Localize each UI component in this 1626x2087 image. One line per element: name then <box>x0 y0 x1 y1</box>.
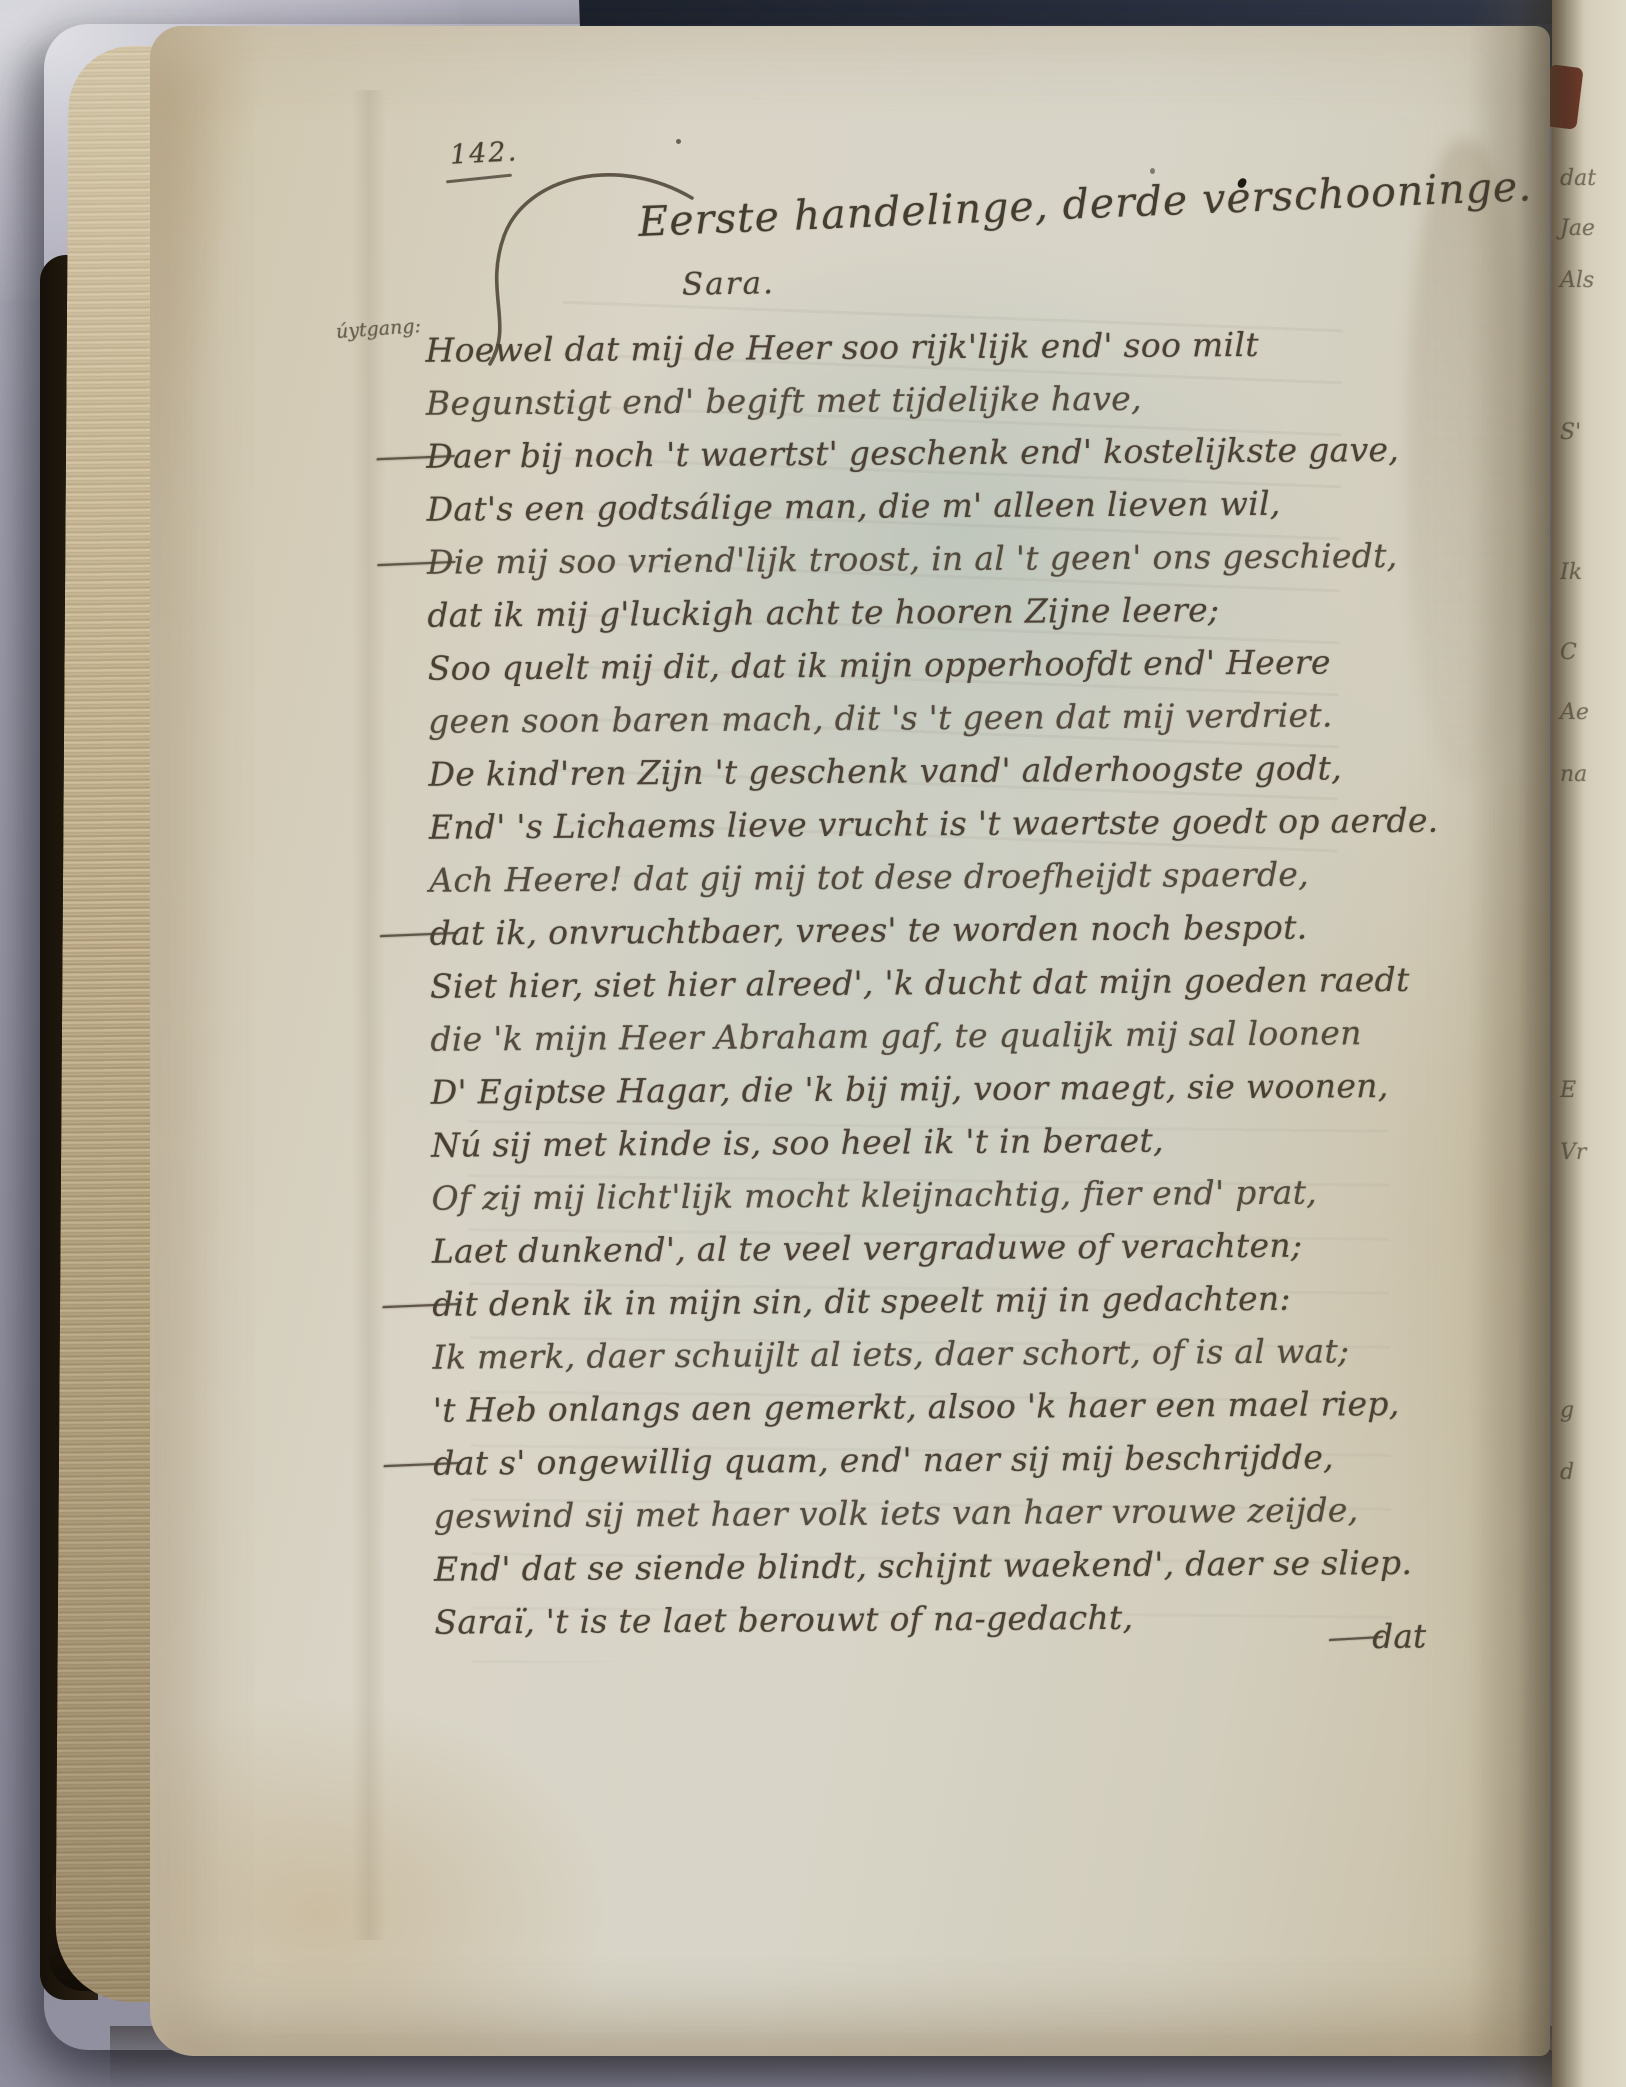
line-start-flourish: — <box>373 1434 472 1490</box>
poem-line-text: D' Egiptse Hagar, die 'k bij mij, voor m… <box>431 1066 1389 1112</box>
line-start-flourish: — <box>369 904 468 960</box>
poem-line-text: dat ik, onvruchtbaer, vrees' te worden n… <box>430 908 1308 953</box>
poem-line: Siet hier, siet hier alreed', 'k ducht d… <box>430 952 1500 1012</box>
poem-line-text: Siet hier, siet hier alreed', 'k ducht d… <box>430 960 1410 1006</box>
poem-line-text: Laet dunkend', al te veel vergraduwe of … <box>432 1226 1303 1271</box>
poem-line: —Daer bij noch 't waertst' geschenk end'… <box>426 422 1496 482</box>
poem-line: dat ik mij g'luckigh acht te hooren Zijn… <box>427 581 1497 641</box>
poem-line-text: Saraï, 't is te laet berouwt of na-gedac… <box>434 1598 1133 1642</box>
poem-line: Of zij mij licht'lijk mocht kleijnachtig… <box>431 1164 1501 1224</box>
poem-line: Laet dunkend', al te veel vergraduwe of … <box>432 1217 1502 1277</box>
poem-line: Ik merk, daer schuijlt al iets, daer sch… <box>432 1323 1502 1383</box>
poem-line: —dat s' ongewillig quam, end' naer sij m… <box>433 1429 1503 1489</box>
poem-line-text: die 'k mijn Heer Abraham gaf, te qualijk… <box>430 1013 1362 1059</box>
page-crease <box>352 90 386 1940</box>
poem-line-text: dat ik mij g'luckigh acht te hooren Zijn… <box>427 590 1219 635</box>
line-start-flourish: — <box>372 1275 471 1331</box>
ink-speck <box>676 139 681 144</box>
manuscript-photo: datJaeAlsS'IkCAenaEVrgd 142. Eerste hand… <box>0 0 1626 2087</box>
page-number: 142. <box>449 136 519 171</box>
poem-line-text: Hoewel dat mij de Heer soo rijk'lijk end… <box>425 325 1259 370</box>
poem-line: Hoewel dat mij de Heer soo rijk'lijk end… <box>425 316 1495 376</box>
poem-line: geswind sij met haer volk iets van haer … <box>434 1482 1504 1542</box>
poem-line: End' 's Lichaems lieve vrucht is 't waer… <box>429 793 1499 853</box>
speaker-name: Sara. <box>682 265 775 303</box>
poem-line: die 'k mijn Heer Abraham gaf, te qualijk… <box>430 1005 1500 1065</box>
poem-text-block: Hoewel dat mij de Heer soo rijk'lijk end… <box>425 316 1504 1648</box>
poem-line-text: geen soon baren mach, dit 's 't geen dat… <box>428 695 1333 740</box>
poem-line: 't Heb onlangs aen gemerkt, alsoo 'k hae… <box>433 1376 1503 1436</box>
poem-line-text: End' dat se siende blindt, schijnt waeke… <box>434 1543 1412 1589</box>
poem-line-text: Dat's een godtsálige man, die m' alleen … <box>427 484 1281 529</box>
poem-line: Nú sij met kinde is, soo heel ik 't in b… <box>431 1111 1501 1171</box>
poem-line-text: dat s' ongewillig quam, end' naer sij mi… <box>433 1437 1334 1482</box>
poem-line-text: geswind sij met haer volk iets van haer … <box>434 1490 1359 1535</box>
poem-line: Dat's een godtsálige man, die m' alleen … <box>426 475 1496 535</box>
poem-line-text: Ach Heere! dat gij mij tot dese droefhei… <box>429 855 1309 900</box>
poem-line: —Die mij soo vriend'lijk troost, in al '… <box>427 528 1497 588</box>
poem-line-text: Of zij mij licht'lijk mocht kleijnachtig… <box>431 1173 1317 1218</box>
poem-line: Ach Heere! dat gij mij tot dese droefhei… <box>429 846 1499 906</box>
poem-line-text: Begunstigt end' begift met tijdelijke ha… <box>426 379 1142 423</box>
poem-line: Begunstigt end' begift met tijdelijke ha… <box>426 369 1496 429</box>
ink-speck <box>1150 168 1155 174</box>
poem-line-text: Daer bij noch 't waertst' geschenk end' … <box>426 430 1399 476</box>
catchword-flourish: — <box>1322 1608 1389 1664</box>
poem-line: —dit denk ik in mijn sin, dit speelt mij… <box>432 1270 1502 1330</box>
poem-line-text: End' 's Lichaems lieve vrucht is 't waer… <box>429 801 1439 847</box>
poem-line-text: 't Heb onlangs aen gemerkt, alsoo 'k hae… <box>433 1384 1400 1430</box>
poem-line-text: Nú sij met kinde is, soo heel ik 't in b… <box>431 1121 1164 1165</box>
poem-line: geen soon baren mach, dit 's 't geen dat… <box>428 687 1498 747</box>
line-start-flourish: — <box>366 427 465 483</box>
poem-line-text: Soo quelt mij dit, dat ik mijn opperhoof… <box>428 642 1331 687</box>
poem-line: —dat ik, onvruchtbaer, vrees' te worden … <box>429 899 1499 959</box>
poem-line: End' dat se siende blindt, schijnt waeke… <box>434 1535 1504 1595</box>
poem-line-text: De kind'ren Zijn 't geschenk vand' alder… <box>428 748 1342 793</box>
poem-line-text: Die mij soo vriend'lijk troost, in al 't… <box>427 536 1398 582</box>
poem-line-text: Ik merk, daer schuijlt al iets, daer sch… <box>432 1331 1349 1376</box>
poem-line-text: dit denk ik in mijn sin, dit speelt mij … <box>432 1279 1291 1324</box>
poem-line: D' Egiptse Hagar, die 'k bij mij, voor m… <box>431 1058 1501 1118</box>
poem-line: Soo quelt mij dit, dat ik mijn opperhoof… <box>428 634 1498 694</box>
poem-line: De kind'ren Zijn 't geschenk vand' alder… <box>428 740 1498 800</box>
